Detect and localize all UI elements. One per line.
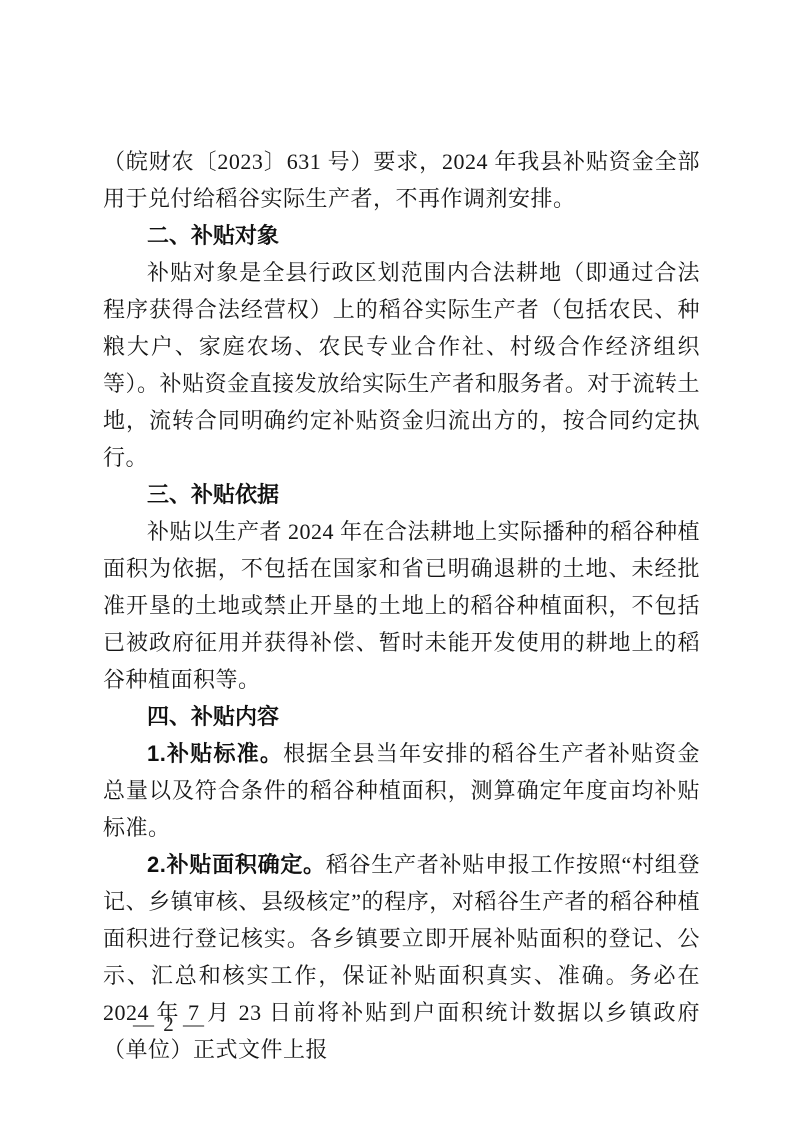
section-heading-subsidy-basis: 三、补贴依据 [103, 476, 700, 513]
section-heading-subsidy-target: 二、补贴对象 [103, 217, 700, 254]
section-heading-subsidy-content: 四、补贴内容 [103, 698, 700, 735]
page-body: （皖财农〔2023〕631 号）要求，2024 年我县补贴资金全部用于兑付给稻谷… [103, 143, 700, 1068]
page-number: — 2 — [133, 1012, 206, 1036]
paragraph-continuation: （皖财农〔2023〕631 号）要求，2024 年我县补贴资金全部用于兑付给稻谷… [103, 143, 700, 217]
item-label-subsidy-area: 2.补贴面积确定。 [147, 852, 326, 877]
paragraph-subsidy-target: 补贴对象是全县行政区划范围内合法耕地（即通过合法程序获得合法经营权）上的稻谷实际… [103, 254, 700, 476]
item-label-subsidy-standard: 1.补贴标准。 [147, 741, 283, 766]
paragraph-subsidy-standard: 1.补贴标准。根据全县当年安排的稻谷生产者补贴资金总量以及符合条件的稻谷种植面积… [103, 735, 700, 846]
paragraph-subsidy-basis: 补贴以生产者 2024 年在合法耕地上实际播种的稻谷种植面积为依据，不包括在国家… [103, 513, 700, 698]
document-page: （皖财农〔2023〕631 号）要求，2024 年我县补贴资金全部用于兑付给稻谷… [0, 0, 794, 1122]
